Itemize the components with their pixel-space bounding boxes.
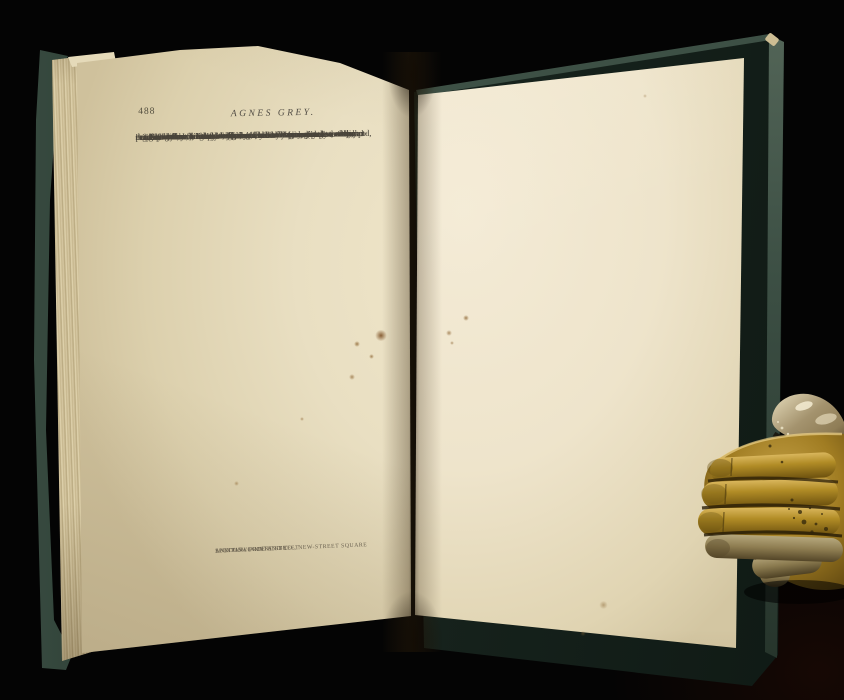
book-photo: 488 AGNES GREY. in his parish, and is es… [0, 0, 844, 700]
text-line: And now I think I have said sufficient. [136, 128, 279, 143]
foxing-spot [446, 330, 452, 336]
foxing-spot [450, 341, 454, 345]
foxing-spot [580, 631, 586, 636]
hand-under-shadow [744, 580, 844, 604]
running-header: AGNES GREY. [134, 106, 412, 121]
foxing-spot [463, 315, 469, 321]
body-text: in his parish, and is esteemed and loved… [136, 126, 412, 131]
foxing-spot [643, 94, 647, 98]
foxing-spot [599, 601, 608, 609]
brass-hand-sculpture [674, 372, 844, 604]
printed-page-content: 488 AGNES GREY. in his parish, and is es… [134, 97, 421, 592]
